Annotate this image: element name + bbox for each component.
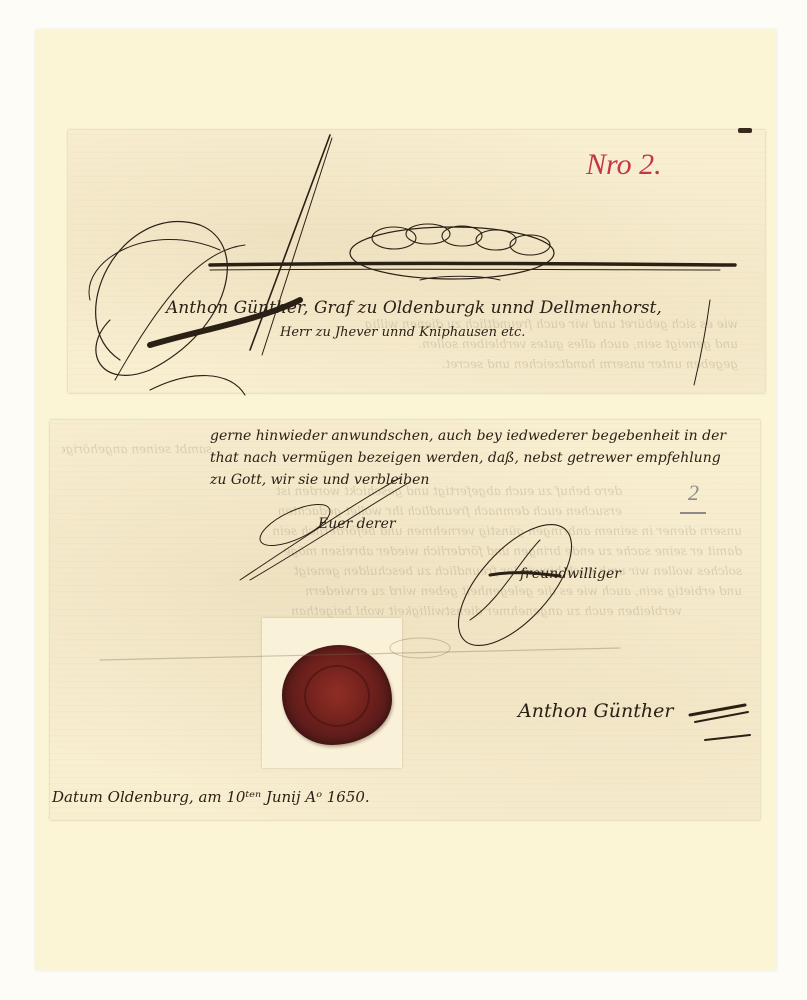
body-line-3: zu Gott, wir sie und verbleiben [210, 472, 429, 488]
bleed-through-text: sambt seinen angehörigen [62, 440, 212, 459]
bleed-through-text: und erbietig sein, auch wie es die geleg… [62, 582, 742, 601]
wax-seal [282, 645, 392, 745]
bleed-through-text: unsern diener in seinem anbringen günsti… [62, 522, 742, 541]
bleed-through-text: gegeben unter unserm handtzeichen und se… [218, 355, 738, 374]
bleed-through-text: damit er seine sache zu ende bringen und… [62, 542, 742, 561]
archival-number-red: Nro 2. [586, 148, 662, 182]
body-line-1: gerne hinwieder anwundschen, auch bey ie… [210, 428, 726, 444]
closing-left: Euer derer [318, 516, 396, 532]
bleed-through-text: solches wollen wir umb euch hinwieder fr… [62, 562, 742, 581]
heading-line-1: Anthon Günther, Graf zu Oldenburgk unnd … [166, 298, 662, 318]
dateline: Datum Oldenburg, am 10ᵗᵉⁿ Junij Aᵒ 1650. [52, 788, 370, 806]
pencil-underline [680, 512, 706, 514]
body-line-2: that nach vermügen bezeigen werden, daß,… [210, 450, 721, 466]
pencil-number: 2 [688, 480, 699, 506]
closing-right: freundwilliger [520, 566, 621, 582]
signature: Anthon Günther [518, 700, 673, 722]
heading-line-2: Herr zu Jhever unnd Kniphausen etc. [280, 325, 525, 340]
